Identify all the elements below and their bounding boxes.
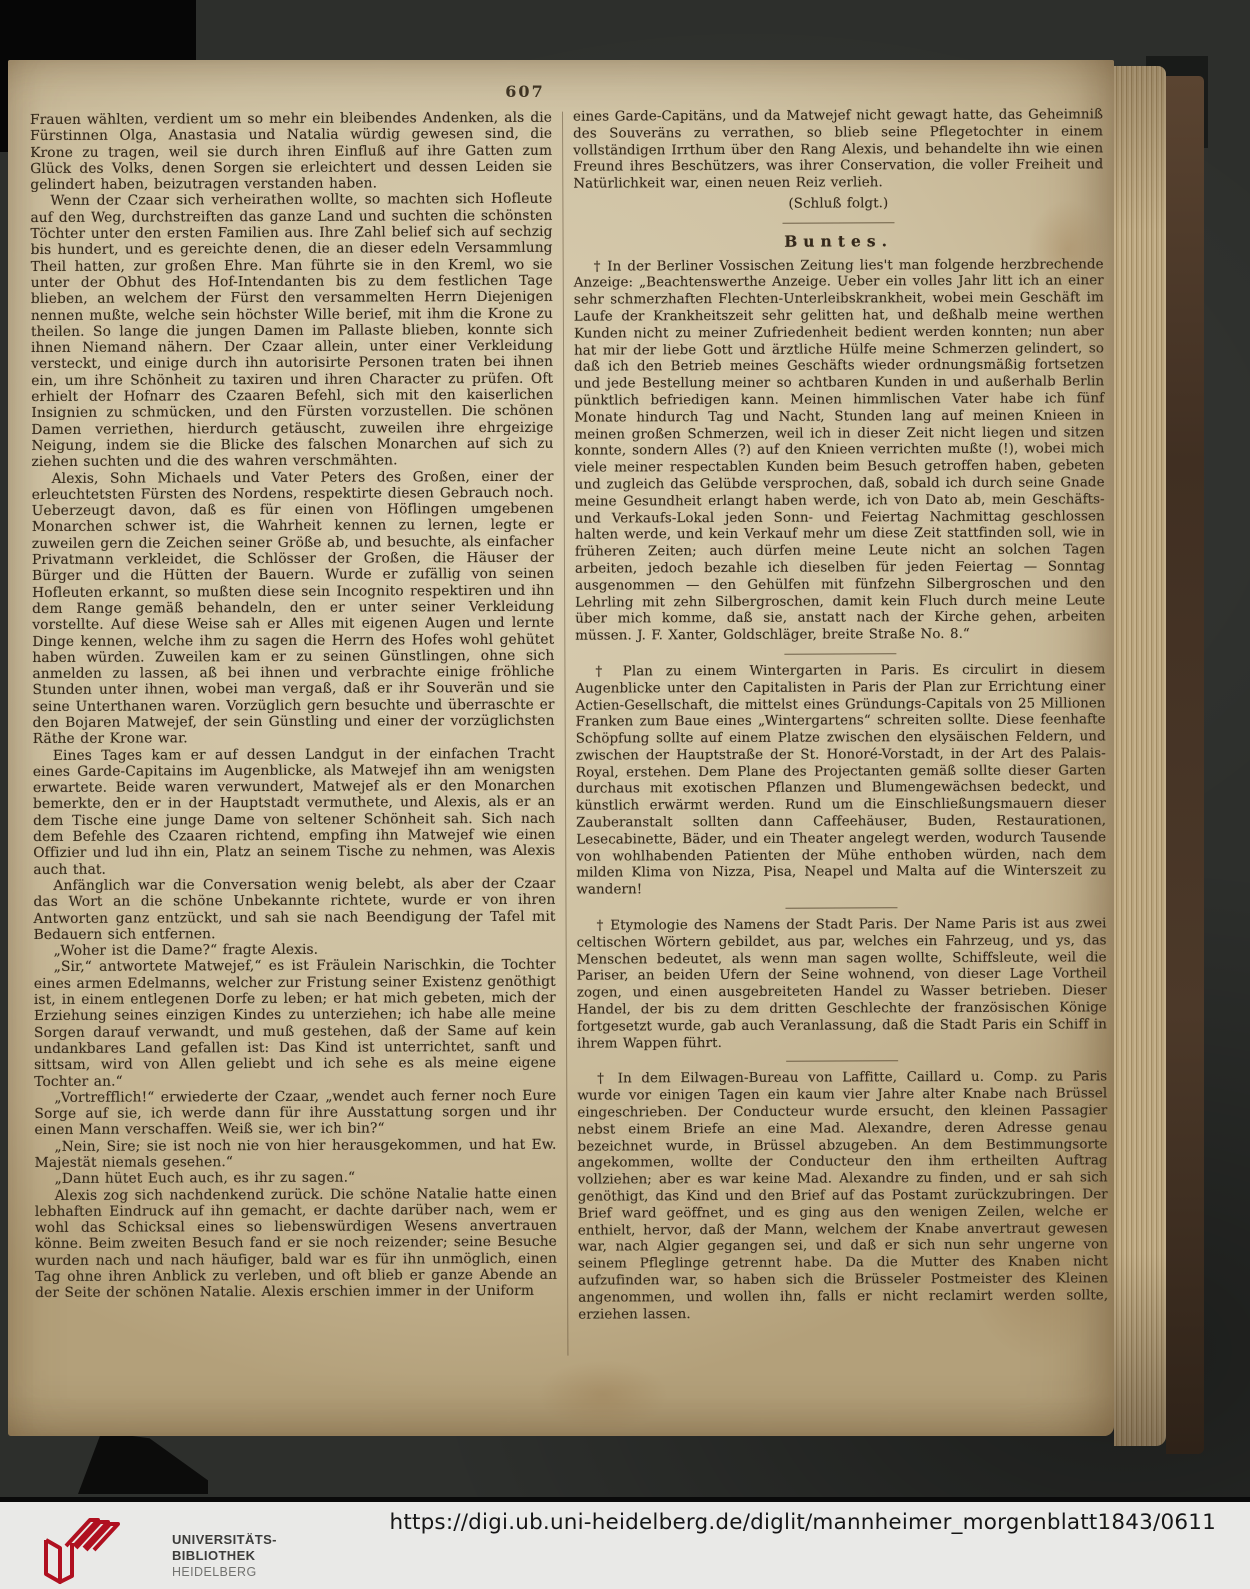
footer-permalink-url: https://digi.ub.uni-heidelberg.de/diglit… — [390, 1510, 1217, 1535]
ub-heidelberg-logo-icon — [32, 1516, 144, 1586]
scanned-newspaper-page: 607 Frauen wählten, verdient um so mehr … — [8, 60, 1114, 1436]
section-divider — [785, 907, 897, 908]
text-block: (Schluß folgt.) — [573, 195, 1103, 214]
text-block: Wenn der Czaar sich verheirathen wollte,… — [30, 191, 553, 470]
page-text-area: Frauen wählten, verdient um so mehr ein … — [30, 107, 1109, 1358]
page-number: 607 — [480, 82, 570, 101]
column-divider-rule — [562, 112, 568, 1356]
text-block: † In dem Eilwagen-Bureau von Laffitte, C… — [577, 1070, 1108, 1324]
section-heading: Buntes. — [574, 232, 1104, 251]
text-block: † Plan zu einem Wintergarten in Paris. E… — [575, 662, 1106, 899]
text-block: „Sir,“ antwortete Matwejef,“ es ist Fräu… — [34, 957, 557, 1090]
section-divider — [782, 222, 894, 223]
text-block: † In der Berliner Vossischen Zeitung lie… — [574, 257, 1106, 646]
footer-library-name: UNIVERSITÄTS- BIBLIOTHEK HEIDELBERG — [172, 1532, 277, 1580]
text-block: Anfänglich war die Conversation wenig be… — [33, 876, 555, 943]
text-block: † Etymologie des Namens der Stadt Paris.… — [577, 916, 1108, 1053]
footer-library-name-line3: HEIDELBERG — [172, 1564, 277, 1580]
library-footer-bar: UNIVERSITÄTS- BIBLIOTHEK HEIDELBERG http… — [0, 1497, 1250, 1589]
text-block: Eines Tages kam er auf dessen Landgut in… — [33, 745, 556, 878]
book-cover-edge — [1166, 76, 1204, 1454]
book-page-edges — [1114, 66, 1166, 1446]
left-column: Frauen wählten, verdient um so mehr ein … — [30, 110, 557, 1358]
text-block: Alexis zog sich nachdenkend zurück. Die … — [35, 1185, 557, 1301]
footer-library-name-line1: UNIVERSITÄTS- — [172, 1532, 277, 1548]
section-divider — [786, 1061, 898, 1062]
text-block: „Nein, Sire; sie ist noch nie von hier h… — [34, 1136, 556, 1171]
text-block: Alexis, Sohn Michaels und Vater Peters d… — [32, 468, 555, 747]
paper-stain — [538, 1360, 668, 1430]
book-clamp — [78, 1432, 208, 1494]
text-block: Frauen wählten, verdient um so mehr ein … — [30, 110, 552, 194]
text-block: „Vortrefflich!“ erwiederte der Czaar, „w… — [34, 1088, 556, 1139]
section-divider — [784, 653, 896, 654]
viewer-background: 607 Frauen wählten, verdient um so mehr … — [0, 0, 1250, 1589]
right-column: eines Garde-Capitäns, und da Matwejef ni… — [573, 107, 1108, 1355]
footer-library-name-line2: BIBLIOTHEK — [172, 1548, 277, 1564]
text-block: eines Garde-Capitäns, und da Matwejef ni… — [573, 107, 1103, 193]
